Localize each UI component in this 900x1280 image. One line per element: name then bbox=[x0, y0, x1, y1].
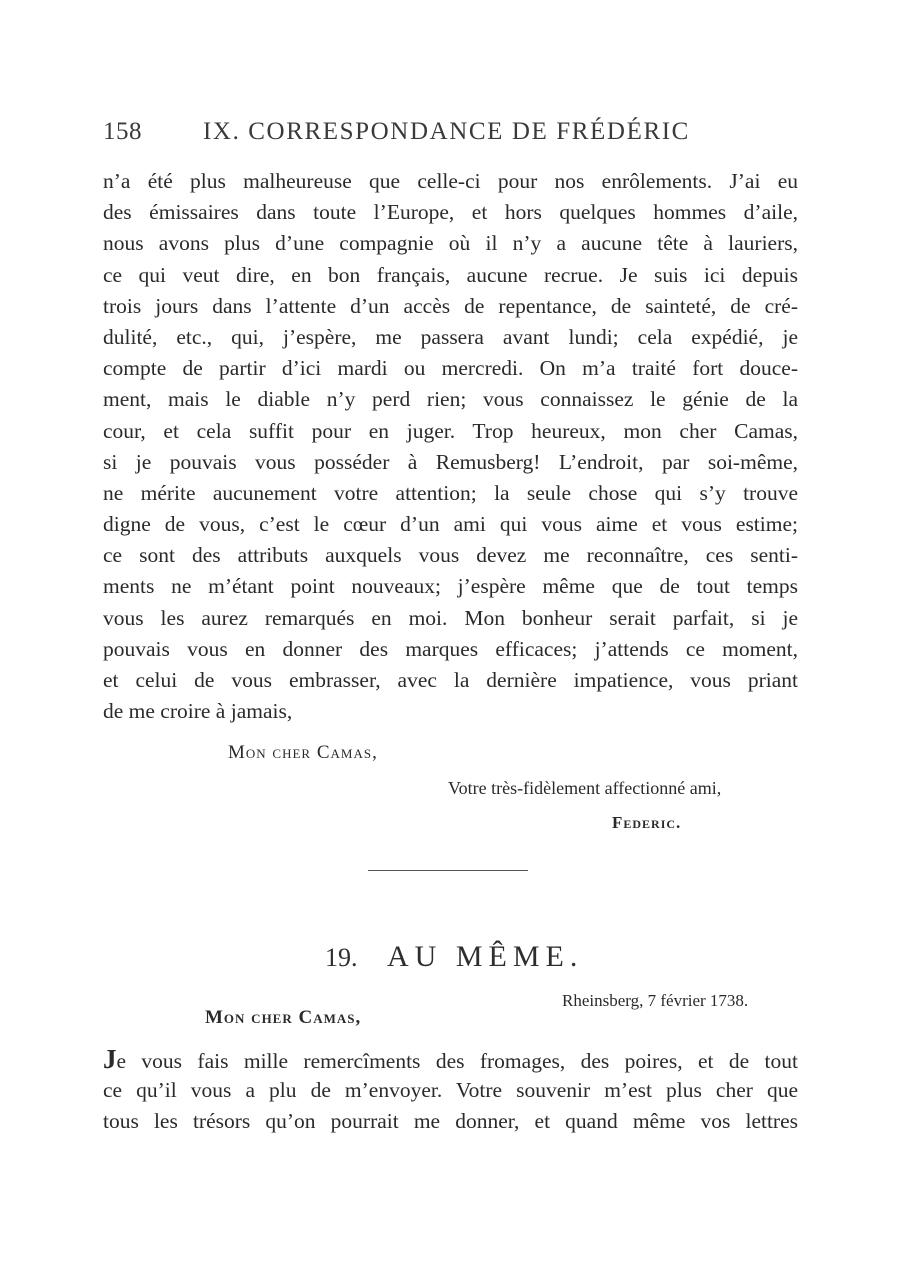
text-line: ne mérite aucunement votre attention; la… bbox=[103, 478, 798, 509]
book-page: 158 IX. CORRESPONDANCE DE FRÉDÉRIC n’a é… bbox=[0, 0, 900, 1280]
text-line: tous les trésors qu’on pourrait me donne… bbox=[103, 1106, 798, 1137]
text-line: ments ne m’étant point nouveaux; j’espèr… bbox=[103, 571, 798, 602]
text-line: des émissaires dans toute l’Europe, et h… bbox=[103, 197, 798, 228]
text-line: ment, mais le diable n’y perd rien; vous… bbox=[103, 384, 798, 415]
text-line: et celui de vous embrasser, avec la dern… bbox=[103, 665, 798, 696]
letter-title: AU MÊME. bbox=[387, 940, 583, 973]
text-line: cour, et cela suffit pour en juger. Trop… bbox=[103, 416, 798, 447]
letter-1-body: n’a été plus malheureuse que celle-ci po… bbox=[103, 166, 798, 727]
drop-cap: J bbox=[103, 1044, 117, 1074]
text-line: ce sont des attributs auxquels vous deve… bbox=[103, 540, 798, 571]
text-line: ce qu’il vous a plu de m’envoyer. Votre … bbox=[103, 1075, 798, 1106]
text-line: dulité, etc., qui, j’espère, me passera … bbox=[103, 322, 798, 353]
text-line: trois jours dans l’attente d’un accès de… bbox=[103, 291, 798, 322]
dateline: Rheinsberg, 7 février 1738. bbox=[562, 991, 748, 1011]
text-line: vous les aurez remarqués en moi. Mon bon… bbox=[103, 603, 798, 634]
text-line: si je pouvais vous posséder à Remusberg!… bbox=[103, 447, 798, 478]
page-number: 158 bbox=[103, 118, 142, 146]
closing-salutation: Mon cher Camas, bbox=[228, 742, 378, 764]
text-line-rest: e vous fais mille remercîments des froma… bbox=[117, 1049, 799, 1073]
section-heading: 19. AU MÊME. bbox=[325, 940, 583, 974]
text-line: pouvais vous en donner des marques effic… bbox=[103, 634, 798, 665]
text-line: ce qui veut dire, en bon français, aucun… bbox=[103, 260, 798, 291]
section-separator bbox=[368, 870, 528, 871]
text-line: digne de vous, c’est le cœur d’un ami qu… bbox=[103, 509, 798, 540]
text-line: Je vous fais mille remercîments des from… bbox=[103, 1044, 798, 1075]
text-line: compte de partir d’ici mardi ou mercredi… bbox=[103, 353, 798, 384]
letter-number: 19. bbox=[325, 943, 358, 972]
running-head: 158 IX. CORRESPONDANCE DE FRÉDÉRIC bbox=[103, 118, 803, 152]
letter-2-body: Je vous fais mille remercîments des from… bbox=[103, 1044, 798, 1138]
signature: Federic. bbox=[612, 813, 681, 833]
text-line: n’a été plus malheureuse que celle-ci po… bbox=[103, 166, 798, 197]
opening-salutation: Mon cher Camas, bbox=[205, 1007, 361, 1029]
text-line: de me croire à jamais, bbox=[103, 696, 798, 727]
running-head-title: IX. CORRESPONDANCE DE FRÉDÉRIC bbox=[203, 118, 690, 146]
valediction: Votre très-fidèlement affectionné ami, bbox=[448, 778, 721, 799]
text-line: nous avons plus d’une compagnie où il n’… bbox=[103, 228, 798, 259]
